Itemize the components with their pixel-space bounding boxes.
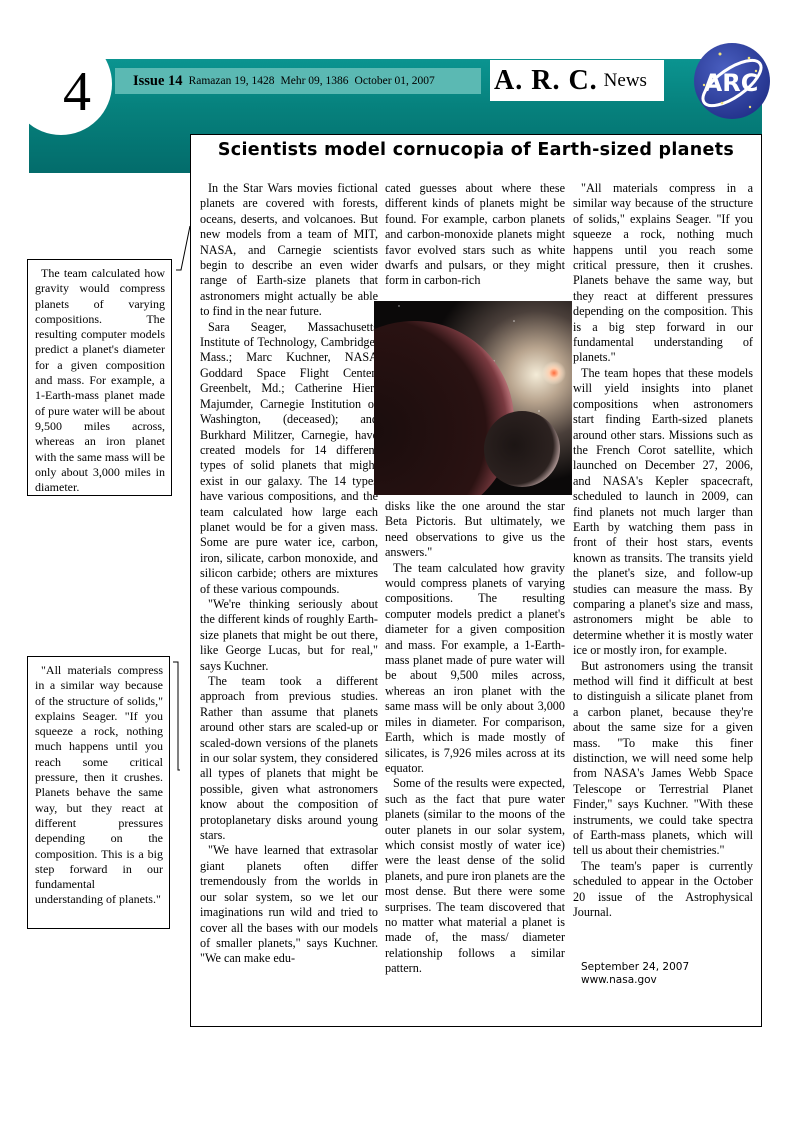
article-frame: Scientists model cornucopia of Earth-siz…: [190, 134, 762, 1027]
paragraph: "We have learned that extrasolar giant p…: [200, 843, 378, 966]
paragraph: cated guesses about where these differen…: [385, 181, 565, 289]
arc-logo-icon: ARC: [692, 41, 772, 121]
paragraph: disks like the one around the star Beta …: [385, 499, 565, 561]
masthead-suffix: News: [604, 70, 647, 92]
page-number: 4: [52, 62, 102, 122]
issue-info-bar: Issue 14 Ramazan 19, 1428 Mehr 09, 1386 …: [115, 68, 481, 94]
date-gregorian: October 01, 2007: [355, 75, 435, 87]
pull-quote-1-connector: [172, 224, 192, 274]
article-column-1: In the Star Wars movies fictional planet…: [200, 181, 378, 967]
issue-number: Issue 14: [133, 73, 183, 90]
pull-quote-text: "All materials compress in a similar way…: [35, 663, 163, 908]
svg-text:ARC: ARC: [704, 69, 759, 97]
paragraph: The team took a different approach from …: [200, 674, 378, 843]
article-column-2: cated guesses about where these differen…: [385, 181, 565, 289]
column-2-continuation: disks like the one around the star Beta …: [385, 499, 565, 977]
article-headline: Scientists model cornucopia of Earth-siz…: [191, 140, 761, 160]
planet-illustration-image: [374, 301, 572, 495]
paragraph: The team hopes that these models will yi…: [573, 366, 753, 659]
pull-quote-text: The team calculated how gravity would co…: [35, 266, 165, 495]
paragraph: Sara Seager, Massachusetts Institute of …: [200, 320, 378, 597]
paragraph: But astronomers using the transit method…: [573, 659, 753, 859]
masthead: A. R. C. News: [490, 60, 664, 101]
pull-quote-2: "All materials compress in a similar way…: [27, 656, 170, 929]
date-hijri: Ramazan 19, 1428: [189, 75, 275, 87]
paragraph: In the Star Wars movies fictional planet…: [200, 181, 378, 320]
paragraph: The team's paper is currently scheduled …: [573, 859, 753, 921]
byline-date: September 24, 2007: [581, 961, 689, 974]
pull-quote-1: The team calculated how gravity would co…: [27, 259, 172, 496]
paragraph: "We're thinking seriously about the diff…: [200, 597, 378, 674]
paragraph: "All materials compress in a similar way…: [573, 181, 753, 366]
byline-source-link[interactable]: www.nasa.gov: [581, 974, 689, 987]
masthead-title: A. R. C.: [494, 65, 598, 97]
paragraph: Some of the results were expected, such …: [385, 776, 565, 976]
article-column-3: "All materials compress in a similar way…: [573, 181, 753, 921]
article-byline: September 24, 2007 www.nasa.gov: [581, 961, 689, 987]
paragraph: The team calculated how gravity would co…: [385, 561, 565, 777]
pull-quote-2-connector: [172, 660, 192, 775]
date-persian: Mehr 09, 1386: [280, 75, 348, 87]
